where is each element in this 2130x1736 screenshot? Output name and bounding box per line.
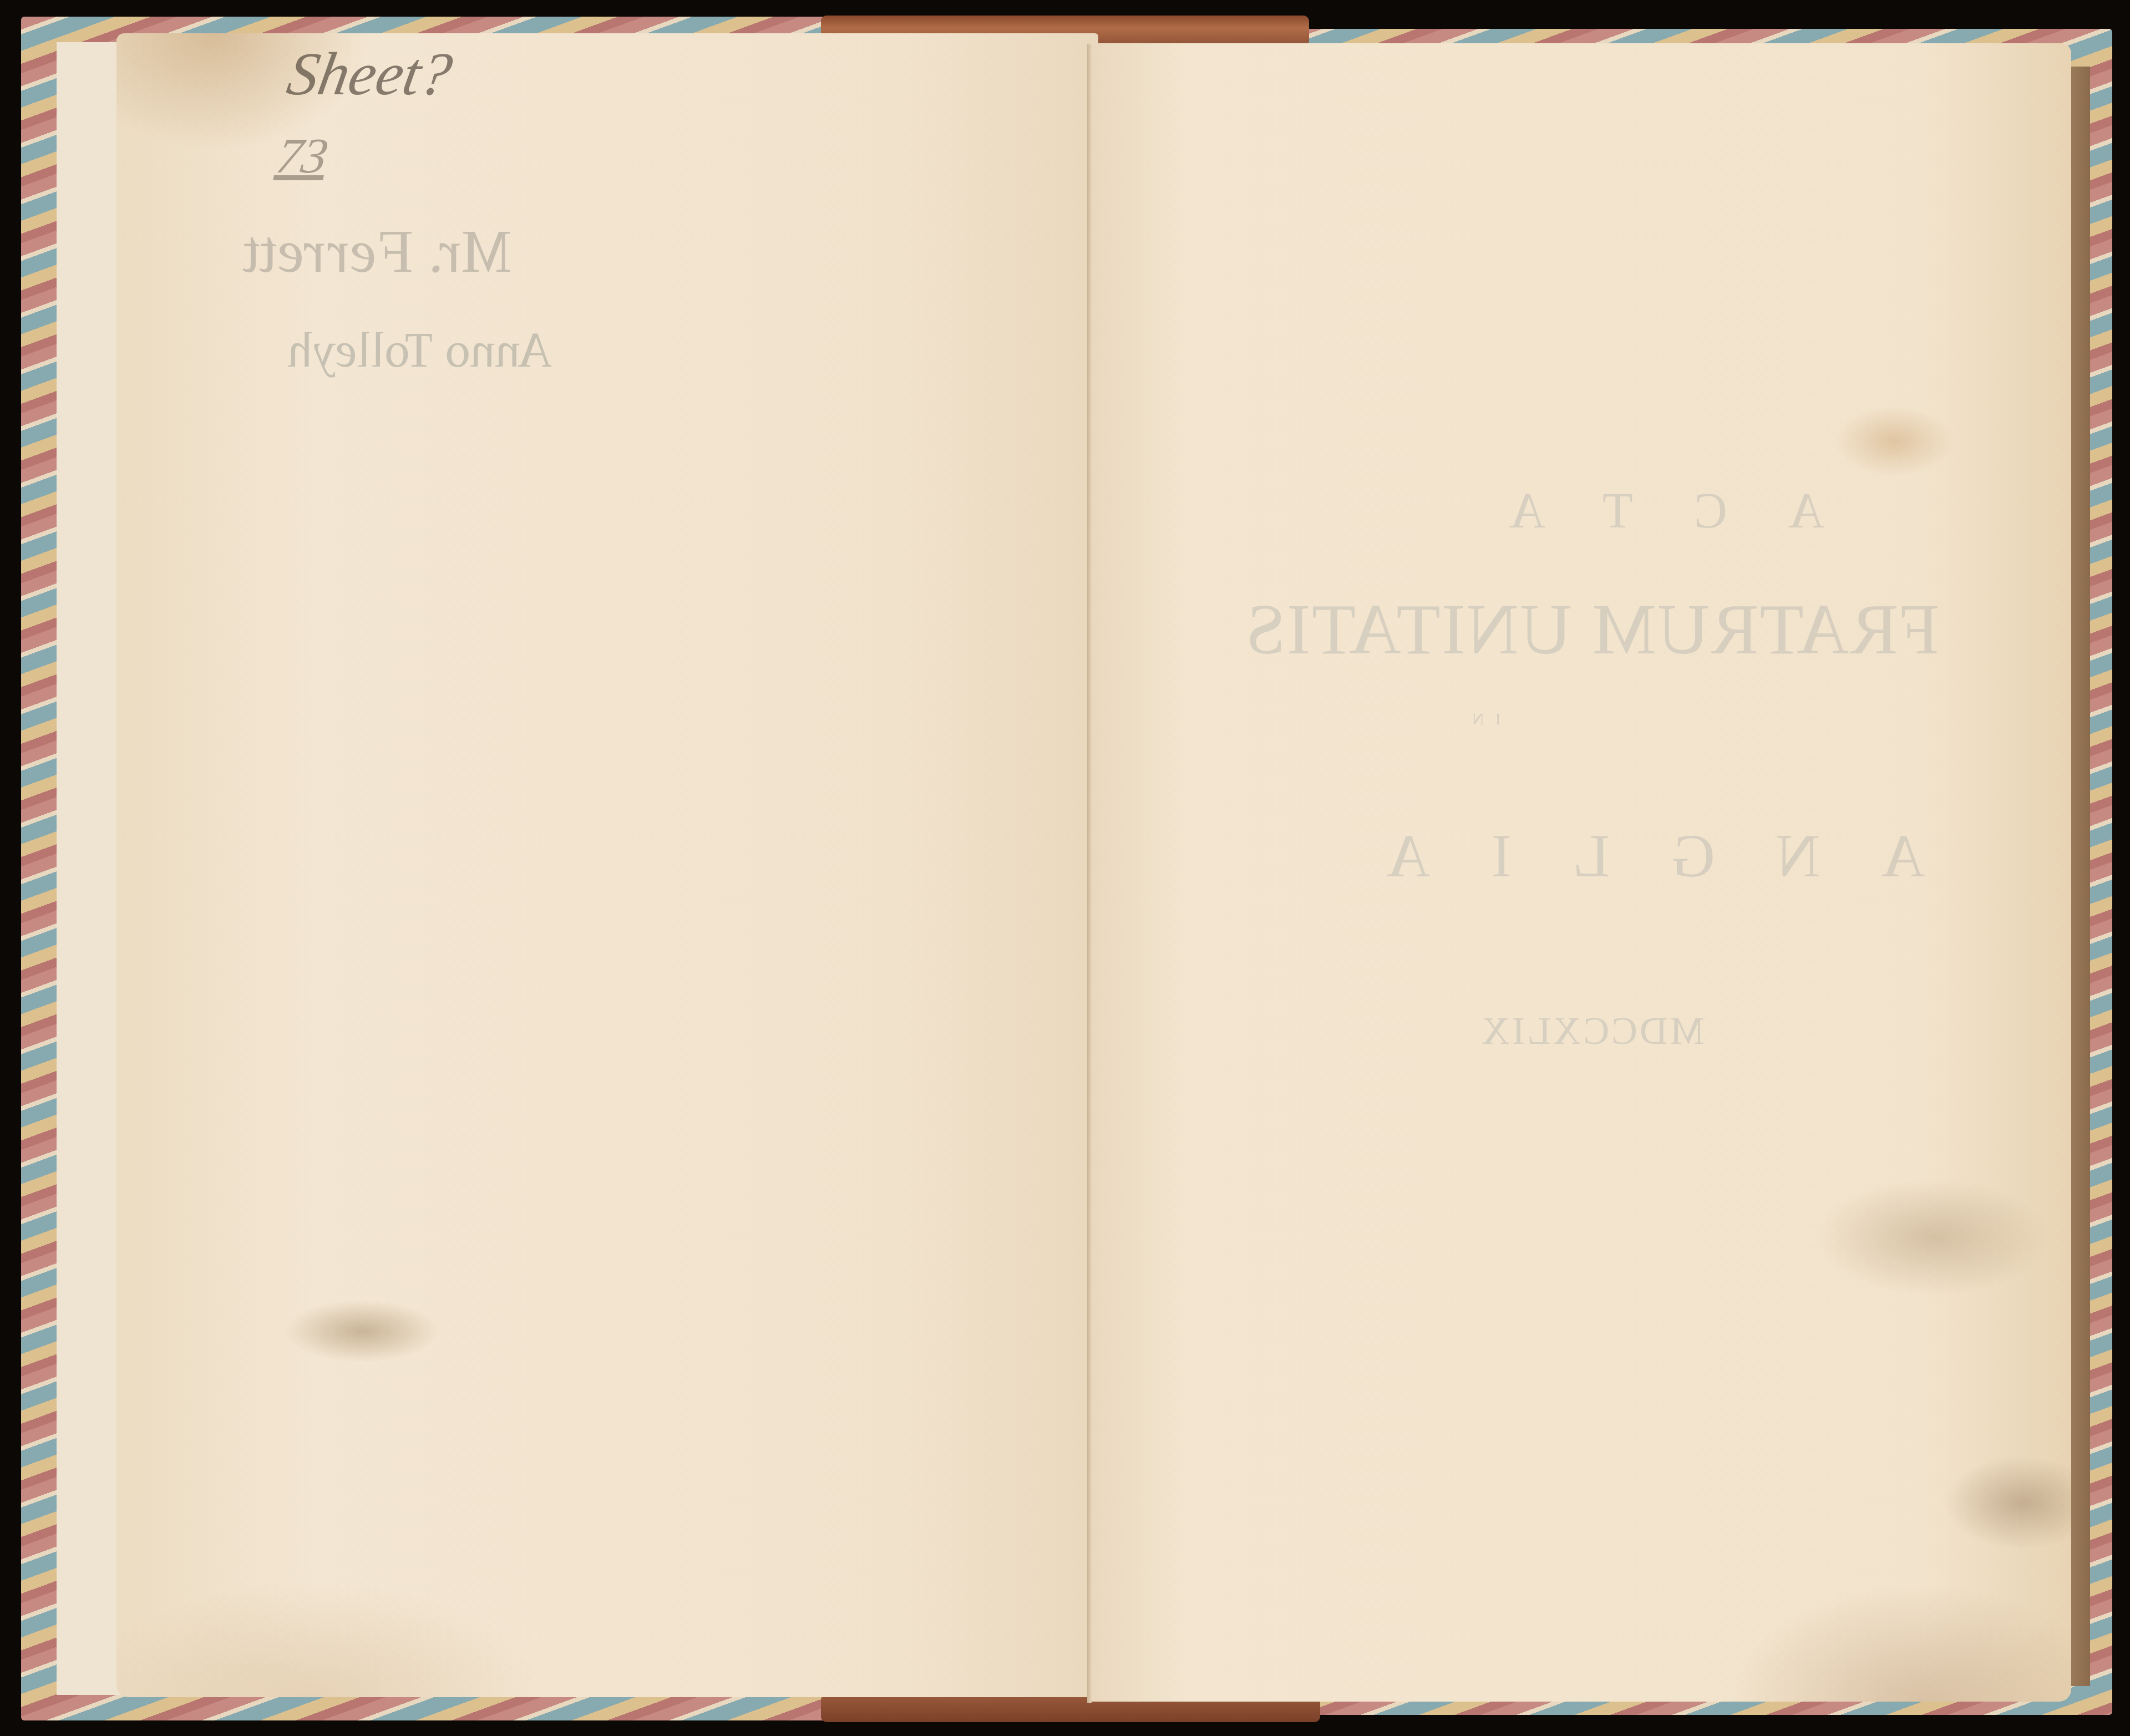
show-through-title-line1: ACTA: [1193, 483, 2080, 540]
pencil-note: 73: [272, 128, 332, 185]
pencil-note: Mr. Ferrett: [238, 216, 519, 287]
show-through-title-line3: IN: [1342, 710, 1620, 729]
show-through-title-line2: FRATRUM UNITATIS: [1198, 588, 1986, 671]
right-page-edge: [2071, 67, 2090, 1686]
show-through-title-line5: MDCCXLIX: [1426, 1009, 1758, 1054]
pencil-note: Anno Tolleyh: [283, 322, 556, 379]
gutter: [1087, 44, 1092, 1703]
show-through-title-line4: ANGLIA: [1242, 821, 2008, 891]
pencil-note: Sheet?: [282, 39, 458, 109]
